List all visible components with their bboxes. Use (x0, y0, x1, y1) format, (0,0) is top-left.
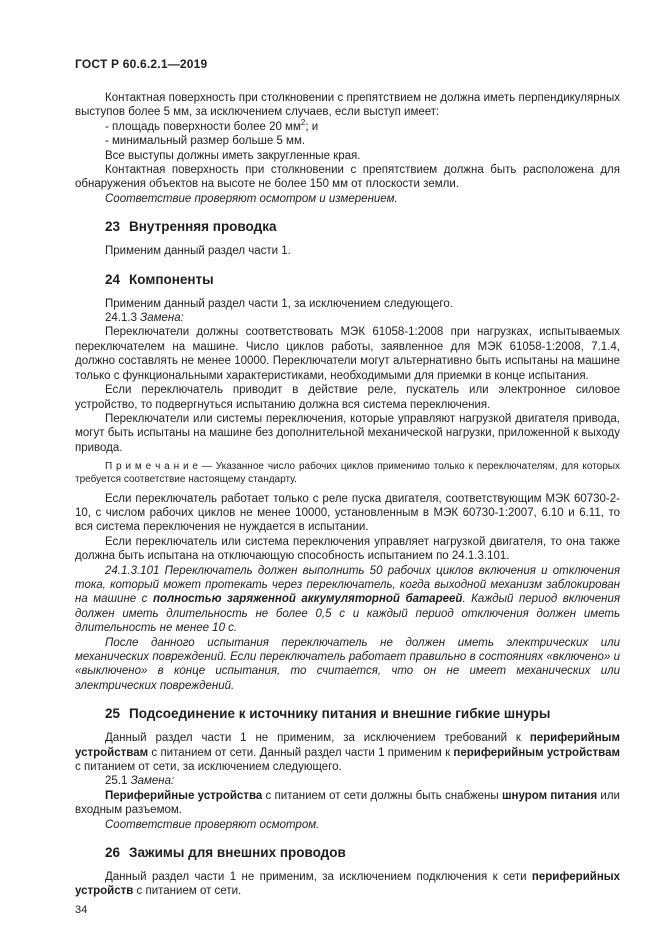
paragraph-contact-surface-protrusions: Контактная поверхность при столкновении … (75, 91, 620, 120)
section-23-title: Внутренняя проводка (129, 219, 276, 234)
paragraph-rounded-edges: Все выступы должны иметь закругленные кр… (75, 149, 620, 163)
section-25-heading: 25Подсоединение к источнику питания и вн… (75, 706, 620, 722)
list-item-minimal-size: - минимальный размер больше 5 мм. (75, 134, 620, 148)
paragraph-compliance-check-inspection: Соответствие проверяют осмотром. (75, 818, 620, 832)
paragraph-section-25-applicability: Данный раздел части 1 не применим, за ис… (75, 731, 620, 774)
document-body: Контактная поверхность при столкновении … (75, 91, 620, 899)
list-item-surface-area: - площадь поверхности более 20 мм2; и (75, 120, 620, 134)
document-title: ГОСТ Р 60.6.2.1—2019 (75, 57, 620, 71)
paragraph-breaking-capacity-test: Если переключатель или система переключе… (75, 535, 620, 564)
section-24-title: Компоненты (129, 272, 214, 287)
paragraph-peripheral-devices-supply-cord: Периферийные устройства с питанием от се… (75, 789, 620, 818)
paragraph-section-24-applicability: Применим данный раздел части 1, за исклю… (75, 297, 620, 311)
section-24-heading: 24Компоненты (75, 272, 620, 288)
paragraph-contact-surface-height: Контактная поверхность при столкновении … (75, 163, 620, 192)
section-24-number: 24 (105, 272, 120, 287)
section-25-title: Подсоединение к источнику питания и внеш… (129, 706, 550, 721)
paragraph-compliance-check-inspection-measurement: Соответствие проверяют осмотром и измере… (75, 192, 620, 206)
section-23-heading: 23Внутренняя проводка (75, 219, 620, 235)
paragraph-switch-relay-system: Если переключатель приводит в действие р… (75, 383, 620, 412)
paragraph-clause-25-1-replacement: 25.1 Замена: (75, 774, 620, 788)
paragraph-clause-24-1-3-replacement: 24.1.3 Замена: (75, 311, 620, 325)
section-25-number: 25 (105, 706, 120, 721)
paragraph-clause-24-1-3-101-test: 24.1.3.101 Переключатель должен выполнит… (75, 564, 620, 636)
document-page: ГОСТ Р 60.6.2.1—2019 Контактная поверхно… (0, 0, 661, 935)
paragraph-after-test-condition: После данного испытания переключатель не… (75, 636, 620, 694)
page-number: 34 (75, 904, 620, 916)
paragraph-switches-iec-61058: Переключатели должны соответствовать МЭК… (75, 325, 620, 383)
paragraph-section-23-applicability: Применим данный раздел части 1. (75, 244, 620, 258)
section-26-number: 26 (105, 845, 120, 860)
paragraph-section-26-applicability: Данный раздел части 1 не применим, за ис… (75, 870, 620, 899)
section-26-title: Зажимы для внешних проводов (129, 845, 346, 860)
section-26-heading: 26Зажимы для внешних проводов (75, 845, 620, 861)
paragraph-motor-start-relay: Если переключатель работает только с рел… (75, 492, 620, 535)
note-operating-cycles: П р и м е ч а н и е — Указанное число ра… (75, 460, 620, 486)
section-23-number: 23 (105, 219, 120, 234)
paragraph-switch-motor-load: Переключатели или системы переключения, … (75, 412, 620, 455)
